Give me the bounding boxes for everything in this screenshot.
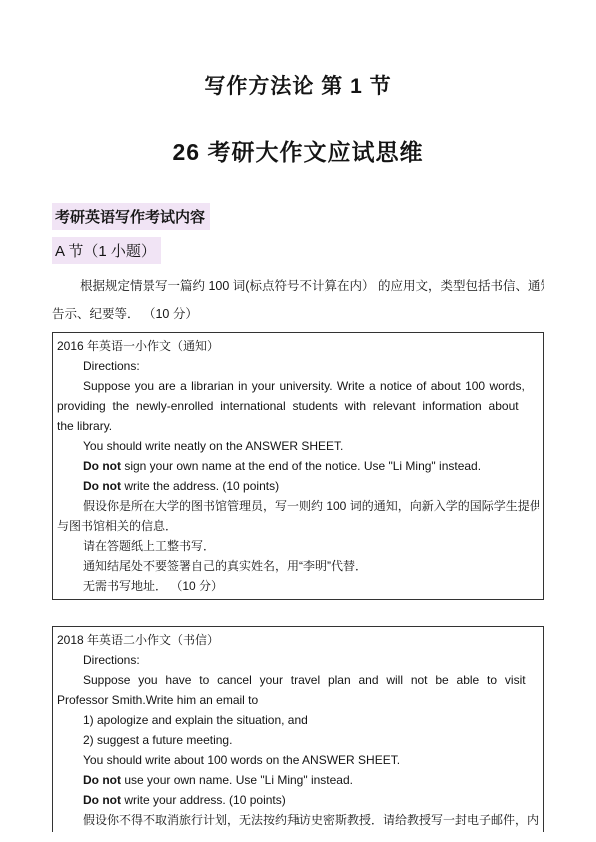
box-line: Directions: — [57, 650, 539, 670]
box-line: You should write about 100 words on the … — [57, 750, 539, 770]
bold-text: Do not — [83, 479, 121, 493]
section-heading-main: 考研英语写作考试内容 — [52, 203, 210, 230]
box-line: Do not write your address. (10 points) — [57, 790, 539, 810]
line-text: 1) apologize and explain the situation, … — [83, 713, 308, 727]
box-line: 2018 年英语二小作文（书信） — [57, 630, 539, 650]
box-line: 2) suggest a future meeting. — [57, 730, 539, 750]
box-line: Do not write the address. (10 points) — [57, 476, 539, 496]
line-text: write the address. (10 points) — [121, 479, 279, 493]
box-line: Directions: — [57, 356, 539, 376]
line-text: Suppose you have to cancel your travel p… — [83, 673, 526, 687]
box-line: 请在答题纸上工整书写． — [57, 536, 539, 556]
line-text: 2018 年英语二小作文（书信） — [57, 633, 219, 647]
line-text: write your address. (10 points) — [121, 793, 286, 807]
box-line: Do not use your own name. Use "Li Ming" … — [57, 770, 539, 790]
line-text: use your own name. Use "Li Ming" instead… — [121, 773, 353, 787]
box-line: 假设你是所在大学的图书馆管理员，写一则约 100 词的通知，向新入学的国际学生提… — [57, 496, 539, 516]
bold-text: Do not — [83, 793, 121, 807]
line-text: You should write about 100 words on the … — [83, 753, 400, 767]
page-number: 1 — [0, 816, 596, 826]
intro-paragraph: 根据规定情景写一篇约 100 词(标点符号不计算在内） 的应用文，类型包括书信、… — [52, 272, 544, 328]
exam-box-2018: 2018 年英语二小作文（书信） Directions: Suppose you… — [52, 626, 544, 832]
page-title: 写作方法论 第 1 节 — [0, 0, 596, 100]
heading-row: 考研英语写作考试内容 — [52, 203, 544, 230]
box-line: You should write neatly on the ANSWER SH… — [57, 436, 539, 456]
box-line: the library. — [57, 416, 539, 436]
box-line: Suppose you are a librarian in your univ… — [57, 376, 539, 396]
exam-box-2016: 2016 年英语一小作文（通知） Directions: Suppose you… — [52, 332, 544, 600]
document-page: 写作方法论 第 1 节 26 考研大作文应试思维 考研英语写作考试内容 A 节（… — [0, 0, 596, 842]
page-subtitle: 26 考研大作文应试思维 — [0, 134, 596, 167]
line-text: 请在答题纸上工整书写． — [83, 539, 215, 553]
line-text: 无需书写地址． （10 分） — [83, 579, 223, 593]
content-area: 考研英语写作考试内容 A 节（1 小题） 根据规定情景写一篇约 100 词(标点… — [52, 203, 544, 832]
box-line: 通知结尾处不要签署自己的真实姓名，用“李明”代替． — [57, 556, 539, 576]
heading-row: A 节（1 小题） — [52, 237, 544, 264]
line-text: providing the newly-enrolled internation… — [57, 399, 519, 413]
line-text: sign your own name at the end of the not… — [121, 459, 481, 473]
box-line: 与图书馆相关的信息． — [57, 516, 539, 536]
line-text: the library. — [57, 419, 112, 433]
line-text: Directions: — [83, 653, 140, 667]
bold-text: Do not — [83, 773, 121, 787]
box-line: 2016 年英语一小作文（通知） — [57, 336, 539, 356]
box-line: 1) apologize and explain the situation, … — [57, 710, 539, 730]
line-text: Suppose you are a librarian in your univ… — [83, 379, 525, 393]
box-line: 无需书写地址． （10 分） — [57, 576, 539, 596]
line-text: 通知结尾处不要签署自己的真实姓名，用“李明”代替． — [83, 559, 367, 573]
box-line: Suppose you have to cancel your travel p… — [57, 670, 539, 690]
box-line: Professor Smith.Write him an email to — [57, 690, 539, 710]
box-line: providing the newly-enrolled internation… — [57, 396, 539, 416]
line-text: Directions: — [83, 359, 140, 373]
intro-line: 根据规定情景写一篇约 100 词(标点符号不计算在内） 的应用文，类型包括书信、… — [52, 272, 544, 300]
section-heading-sub: A 节（1 小题） — [52, 237, 161, 264]
bold-text: Do not — [83, 459, 121, 473]
line-text: 与图书馆相关的信息． — [57, 519, 177, 533]
line-text: You should write neatly on the ANSWER SH… — [83, 439, 343, 453]
line-text: 2016 年英语一小作文（通知） — [57, 339, 219, 353]
intro-line: 告示、纪要等． （10 分） — [52, 300, 544, 328]
box-line: Do not sign your own name at the end of … — [57, 456, 539, 476]
line-text: 2) suggest a future meeting. — [83, 733, 232, 747]
line-text: Professor Smith.Write him an email to — [57, 693, 258, 707]
line-text: 假设你是所在大学的图书馆管理员，写一则约 100 词的通知，向新入学的国际学生提… — [83, 499, 539, 513]
